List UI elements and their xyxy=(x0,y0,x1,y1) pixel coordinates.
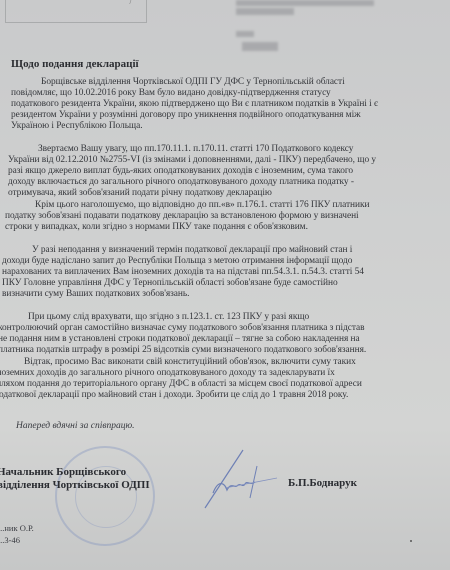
text-line: Крім цього наголошуємо, що відповідно до… xyxy=(5,200,432,211)
paragraph-5: При цьому слід врахувати, що згідно з п.… xyxy=(0,312,432,356)
executor-info: ...ник О.Р. ...3-46 xyxy=(0,522,34,546)
paragraph-1: Борщівське відділення Чортківської ОДПІ … xyxy=(11,77,432,132)
letter-subject: Щодо подання декларації xyxy=(11,58,139,70)
text-line: разі якщо джерело виплат будь-яких опода… xyxy=(8,166,432,177)
closing-phrase: Наперед вдячні за співпрацю. xyxy=(16,421,135,431)
text-line: України від 02.12.2010 №2755-VI (із змін… xyxy=(8,155,432,166)
paragraph-2: Звертаємо Вашу увагу, що пп.170.11.1. п.… xyxy=(8,144,432,199)
text-line: отримувача, який зобов'язаний подати річ… xyxy=(8,188,432,199)
signatory-title-line-1: Начальник Борщівського xyxy=(0,466,150,479)
redacted-addressee-line-1 xyxy=(236,0,374,6)
executor-phone: ...3-46 xyxy=(0,534,34,546)
redacted-addressee-line-2 xyxy=(236,8,294,15)
text-line: повідомляє, що 10.02.2016 року Вам було … xyxy=(11,88,432,99)
text-line: іноземних доходів до загального річного … xyxy=(0,368,432,379)
redacted-addressee-line-4 xyxy=(242,42,278,51)
letter-page: / Щодо подання декларації Борщівське від… xyxy=(0,0,450,570)
text-line: платника податків штрафу в розмірі 25 ві… xyxy=(0,345,432,356)
text-line: Борщівське відділення Чортківської ОДПІ … xyxy=(11,77,432,88)
text-line: нарахованих та виплачених Вам іноземних … xyxy=(2,267,432,278)
text-line: податкової декларації про майновий стан … xyxy=(0,390,432,401)
paragraph-3: Крім цього наголошуємо, що відповідно до… xyxy=(5,200,432,233)
text-line: доходу включається до загального річного… xyxy=(8,177,432,188)
text-line: визначити суму Ваших податкових зобов'яз… xyxy=(2,289,432,300)
registration-stamp-box: / xyxy=(5,0,147,23)
signatory-title-line-2: відділення Чортківської ОДПІ xyxy=(0,479,150,492)
text-line: резидентом України у розумінні договору … xyxy=(11,110,432,121)
text-line: Відтак, просимо Вас виконати свій консти… xyxy=(0,357,432,368)
text-line: строки у випадках, коли згідно з нормами… xyxy=(5,222,432,233)
text-line: контролюючий орган самостійно визначає с… xyxy=(0,323,432,334)
text-line: Україною і Республікою Польща. xyxy=(11,121,432,132)
text-line: ПКУ Головне управління ДФС у Тернопільсь… xyxy=(2,278,432,289)
redacted-addressee-line-3 xyxy=(236,31,254,37)
signatory-name: Б.П.Боднарук xyxy=(288,477,357,489)
text-line: не подання ним в установлені строки пода… xyxy=(0,334,432,345)
text-line: доходи буде надіслано запит до Республік… xyxy=(2,256,432,267)
signatory-title: Начальник Борщівського відділення Чорткі… xyxy=(0,466,150,492)
text-line: При цьому слід врахувати, що згідно з п.… xyxy=(0,312,432,323)
stamp-mark: / xyxy=(129,0,132,6)
text-line: податкового резидента України, якою підт… xyxy=(11,99,432,110)
executor-name: ...ник О.Р. xyxy=(0,522,34,534)
text-line: Звертаємо Вашу увагу, що пп.170.11.1. п.… xyxy=(8,144,432,155)
handwritten-signature-icon xyxy=(195,448,285,518)
paper-speck xyxy=(410,540,412,542)
official-seal-icon xyxy=(55,446,155,546)
paragraph-6: Відтак, просимо Вас виконати свій консти… xyxy=(0,357,432,401)
text-line: податку зобов'язані подавати податкову д… xyxy=(5,211,432,222)
text-line: У разі неподання у визначений термін под… xyxy=(2,245,432,256)
paragraph-4: У разі неподання у визначений термін под… xyxy=(2,245,432,300)
text-line: шляхом подання до територіального органу… xyxy=(0,379,432,390)
